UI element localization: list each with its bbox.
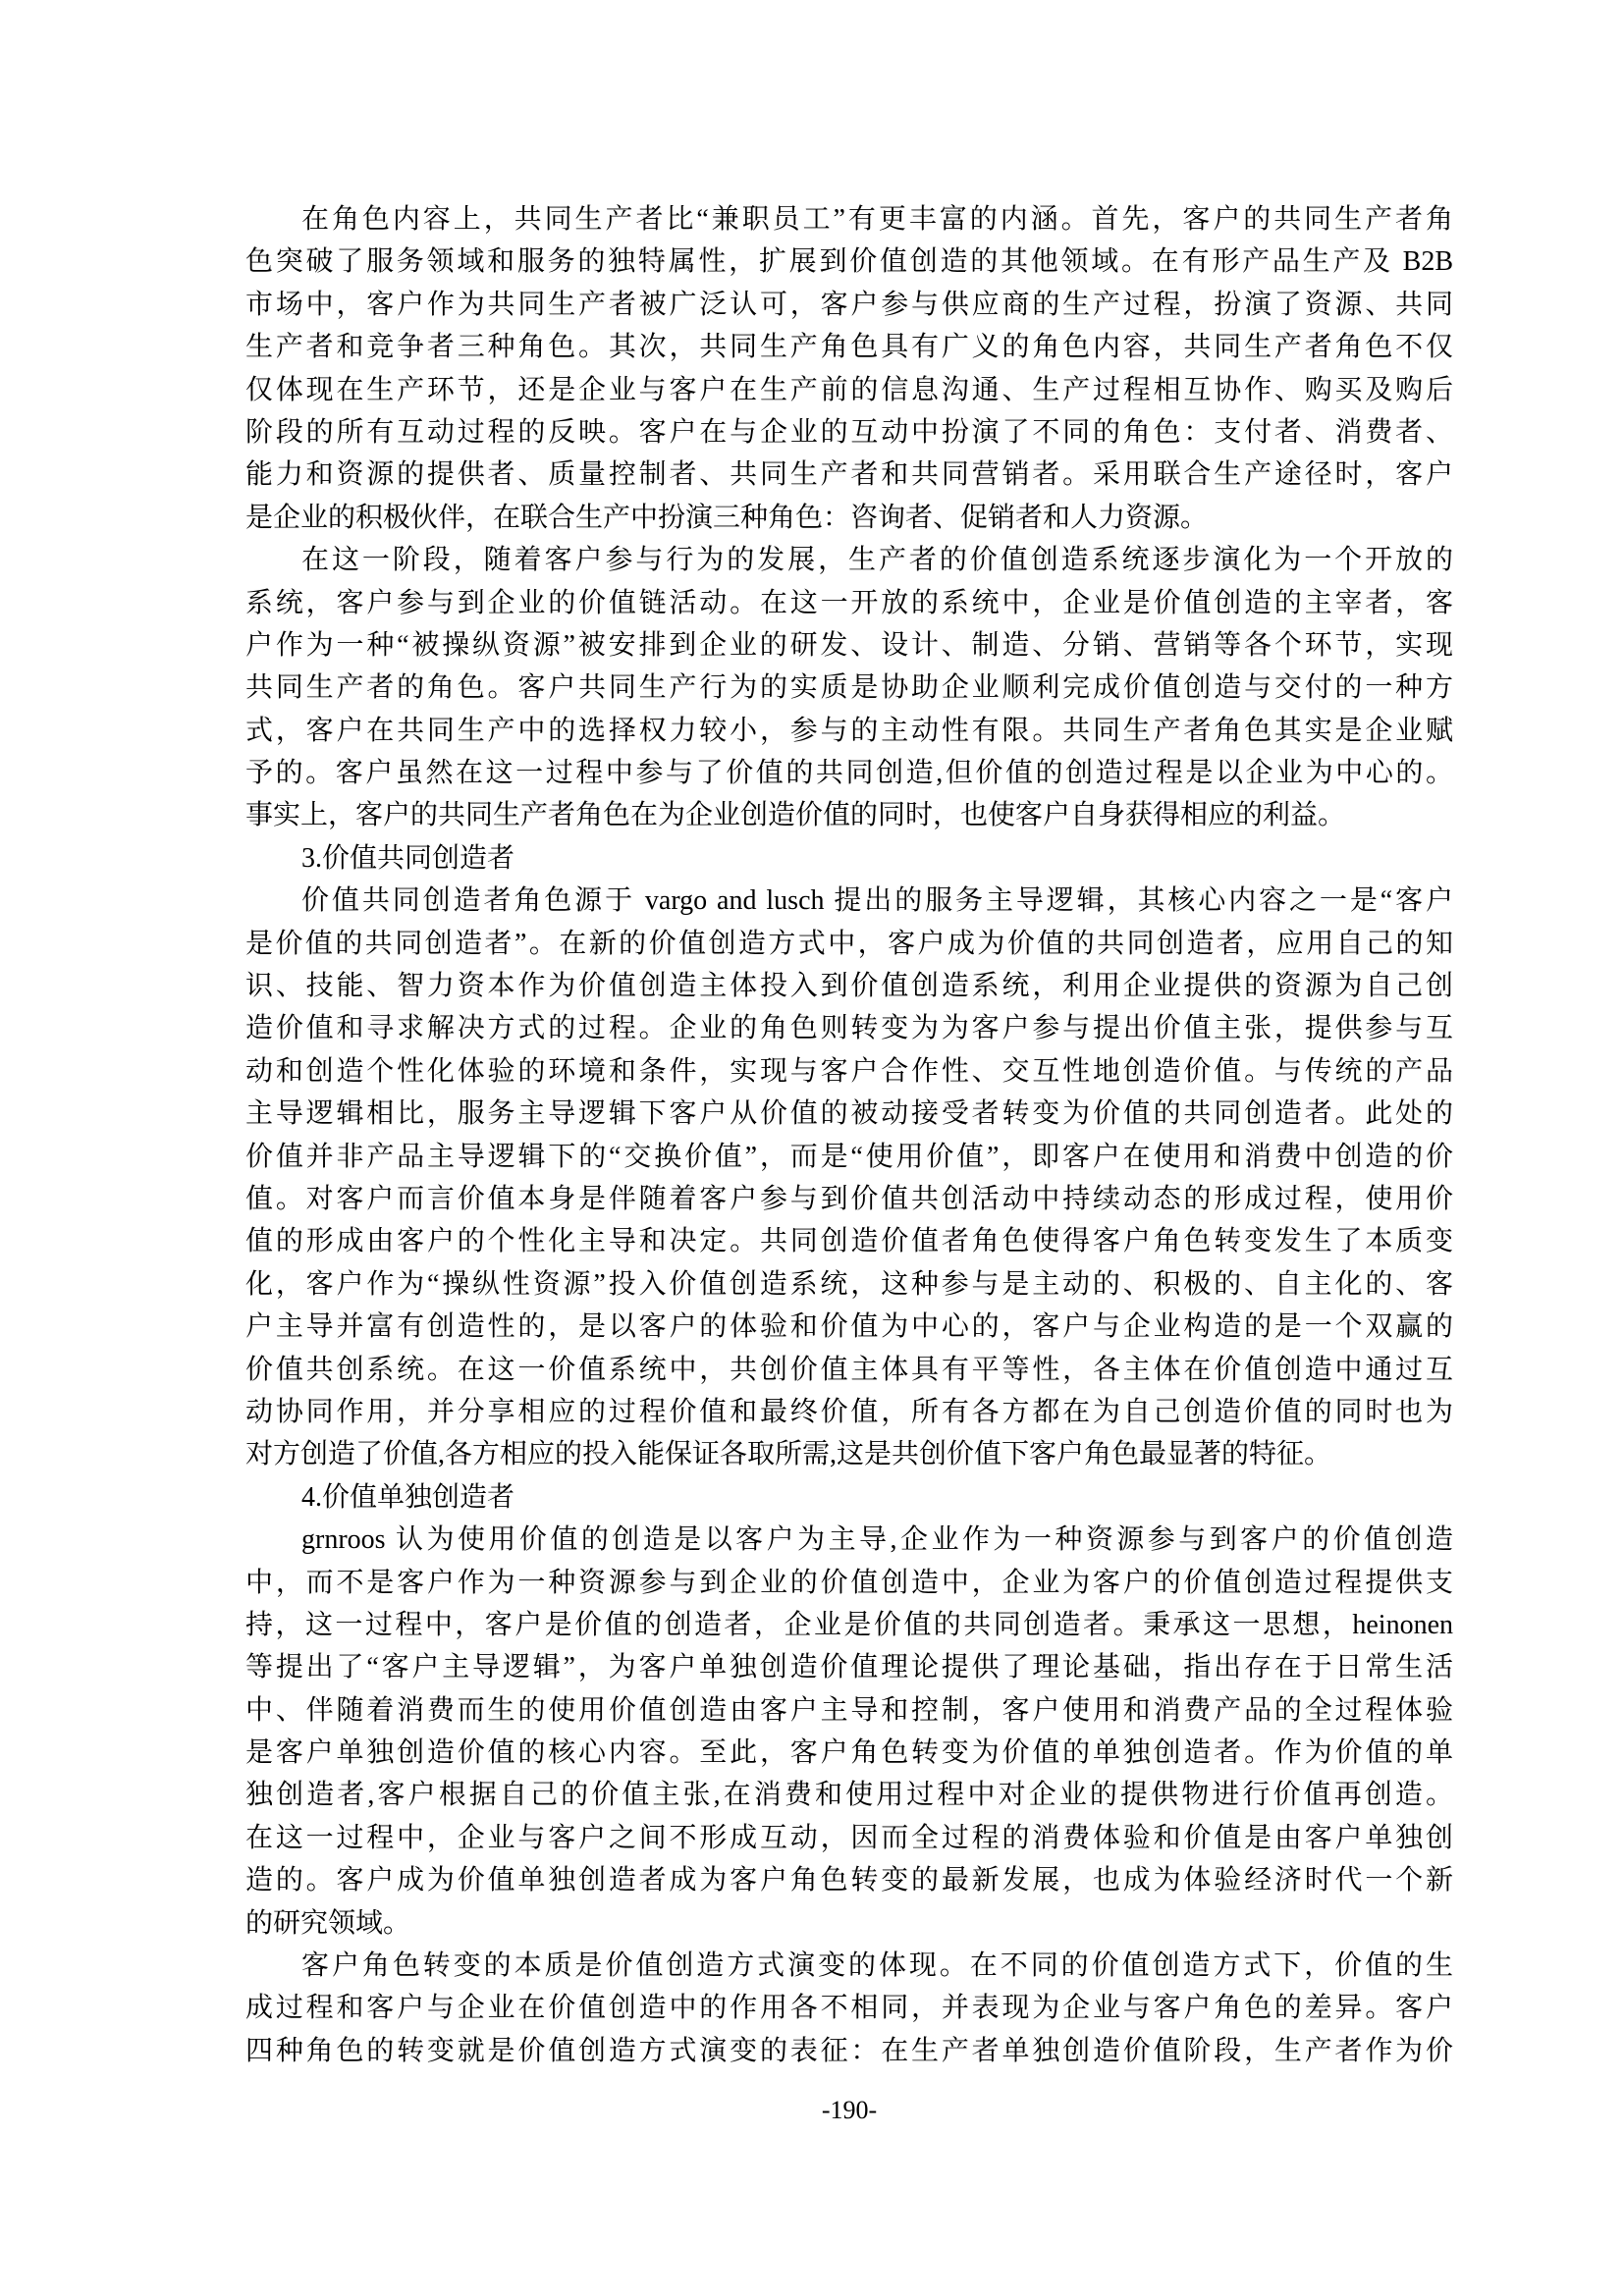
text-line: 客户角色转变的本质是价值创造方式演变的体现。在不同的价值创造方式下，价值的生: [245, 1945, 1453, 1987]
text-line: 共同生产者的角色。客户共同生产行为的实质是协助企业顺利完成价值创造与交付的一种方: [245, 667, 1453, 709]
text-line: 动协同作用，并分享相应的过程价值和最终价值，所有各方都在为自己创造价值的同时也为: [245, 1391, 1453, 1433]
text-line: 价值共创系统。在这一价值系统中，共创价值主体具有平等性，各主体在价值创造中通过互: [245, 1349, 1453, 1391]
text-line: 系统，客户参与到企业的价值链活动。在这一开放的系统中，企业是价值创造的主宰者，客: [245, 582, 1453, 624]
text-line: 识、技能、智力资本作为价值创造主体投入到价值创造系统，利用企业提供的资源为自己创: [245, 965, 1453, 1007]
text-line: 在这一阶段，随着客户参与行为的发展，生产者的价值创造系统逐步演化为一个开放的: [245, 539, 1453, 581]
text-line: 等提出了“客户主导逻辑”，为客户单独创造价值理论提供了理论基础，指出存在于日常生…: [245, 1646, 1453, 1688]
text-line: 是价值的共同创造者”。在新的价值创造方式中，客户成为价值的共同创造者，应用自己的…: [245, 923, 1453, 965]
text-line: 四种角色的转变就是价值创造方式演变的表征：在生产者单独创造价值阶段，生产者作为价: [245, 2030, 1453, 2072]
page-number: -190-: [245, 2095, 1453, 2126]
document-page: 在角色内容上，共同生产者比“兼职员工”有更丰富的内涵。首先，客户的共同生产者角色…: [0, 0, 1624, 2296]
text-line: 造价值和寻求解决方式的过程。企业的角色则转变为为客户参与提出价值主张，提供参与互: [245, 1007, 1453, 1049]
text-line: 户主导并富有创造性的，是以客户的体验和价值为中心的，客户与企业构造的是一个双赢的: [245, 1306, 1453, 1348]
text-line: 事实上，客户的共同生产者角色在为企业创造价值的同时，也使客户自身获得相应的利益。: [245, 794, 1453, 836]
text-line: 仅体现在生产环节，还是企业与客户在生产前的信息沟通、生产过程相互协作、购买及购后: [245, 369, 1453, 411]
text-line: 色突破了服务领域和服务的独特属性，扩展到价值创造的其他领域。在有形产品生产及 B…: [245, 240, 1453, 283]
text-line: 户作为一种“被操纵资源”被安排到企业的研发、设计、制造、分销、营销等各个环节，实…: [245, 624, 1453, 667]
text-line: 中，而不是客户作为一种资源参与到企业的价值创造中，企业为客户的价值创造过程提供支: [245, 1562, 1453, 1604]
text-block: 在角色内容上，共同生产者比“兼职员工”有更丰富的内涵。首先，客户的共同生产者角色…: [245, 198, 1453, 2072]
text-line: 成过程和客户与企业在价值创造中的作用各不相同，并表现为企业与客户角色的差异。客户: [245, 1987, 1453, 2029]
text-line: 在这一过程中，企业与客户之间不形成互动，因而全过程的消费体验和价值是由客户单独创: [245, 1817, 1453, 1859]
text-line: 3.价值共同创造者: [245, 837, 1453, 880]
text-line: 对方创造了价值,各方相应的投入能保证各取所需,这是共创价值下客户角色最显著的特征…: [245, 1433, 1453, 1475]
text-line: 在角色内容上，共同生产者比“兼职员工”有更丰富的内涵。首先，客户的共同生产者角: [245, 198, 1453, 240]
text-line: 造的。客户成为价值单独创造者成为客户角色转变的最新发展，也成为体验经济时代一个新: [245, 1859, 1453, 1901]
text-line: 中、伴随着消费而生的使用价值创造由客户主导和控制，客户使用和消费产品的全过程体验: [245, 1689, 1453, 1732]
text-line: 持，这一过程中，客户是价值的创造者，企业是价值的共同创造者。秉承这一思想，hei…: [245, 1604, 1453, 1646]
text-line: 阶段的所有互动过程的反映。客户在与企业的互动中扮演了不同的角色：支付者、消费者、: [245, 411, 1453, 454]
text-line: 动和创造个性化体验的环境和条件，实现与客户合作性、交互性地创造价值。与传统的产品: [245, 1050, 1453, 1093]
text-line: 能力和资源的提供者、质量控制者、共同生产者和共同营销者。采用联合生产途径时，客户: [245, 454, 1453, 496]
text-line: 生产者和竞争者三种角色。其次，共同生产角色具有广义的角色内容，共同生产者角色不仅: [245, 326, 1453, 368]
text-line: 值的形成由客户的个性化主导和决定。共同创造价值者角色使得客户角色转变发生了本质变: [245, 1220, 1453, 1262]
text-line: 4.价值单独创造者: [245, 1476, 1453, 1519]
text-line: 化，客户作为“操纵性资源”投入价值创造系统，这种参与是主动的、积极的、自主化的、…: [245, 1263, 1453, 1306]
text-line: 式，客户在共同生产中的选择权力较小，参与的主动性有限。共同生产者角色其实是企业赋: [245, 710, 1453, 752]
text-line: 价值共同创造者角色源于 vargo and lusch 提出的服务主导逻辑，其核…: [245, 880, 1453, 922]
text-line: 价值并非产品主导逻辑下的“交换价值”，而是“使用价值”，即客户在使用和消费中创造…: [245, 1136, 1453, 1178]
text-line: 值。对客户而言价值本身是伴随着客户参与到价值共创活动中持续动态的形成过程，使用价: [245, 1178, 1453, 1220]
text-line: 主导逻辑相比，服务主导逻辑下客户从价值的被动接受者转变为价值的共同创造者。此处的: [245, 1093, 1453, 1135]
text-line: grnroos 认为使用价值的创造是以客户为主导,企业作为一种资源参与到客户的价…: [245, 1519, 1453, 1561]
text-line: 是企业的积极伙伴，在联合生产中扮演三种角色：咨询者、促销者和人力资源。: [245, 497, 1453, 539]
text-line: 的研究领域。: [245, 1902, 1453, 1945]
text-line: 是客户单独创造价值的核心内容。至此，客户角色转变为价值的单独创造者。作为价值的单: [245, 1732, 1453, 1774]
text-line: 独创造者,客户根据自己的价值主张,在消费和使用过程中对企业的提供物进行价值再创造…: [245, 1774, 1453, 1816]
text-line: 予的。客户虽然在这一过程中参与了价值的共同创造,但价值的创造过程是以企业为中心的…: [245, 752, 1453, 794]
text-line: 市场中，客户作为共同生产者被广泛认可，客户参与供应商的生产过程，扮演了资源、共同: [245, 284, 1453, 326]
